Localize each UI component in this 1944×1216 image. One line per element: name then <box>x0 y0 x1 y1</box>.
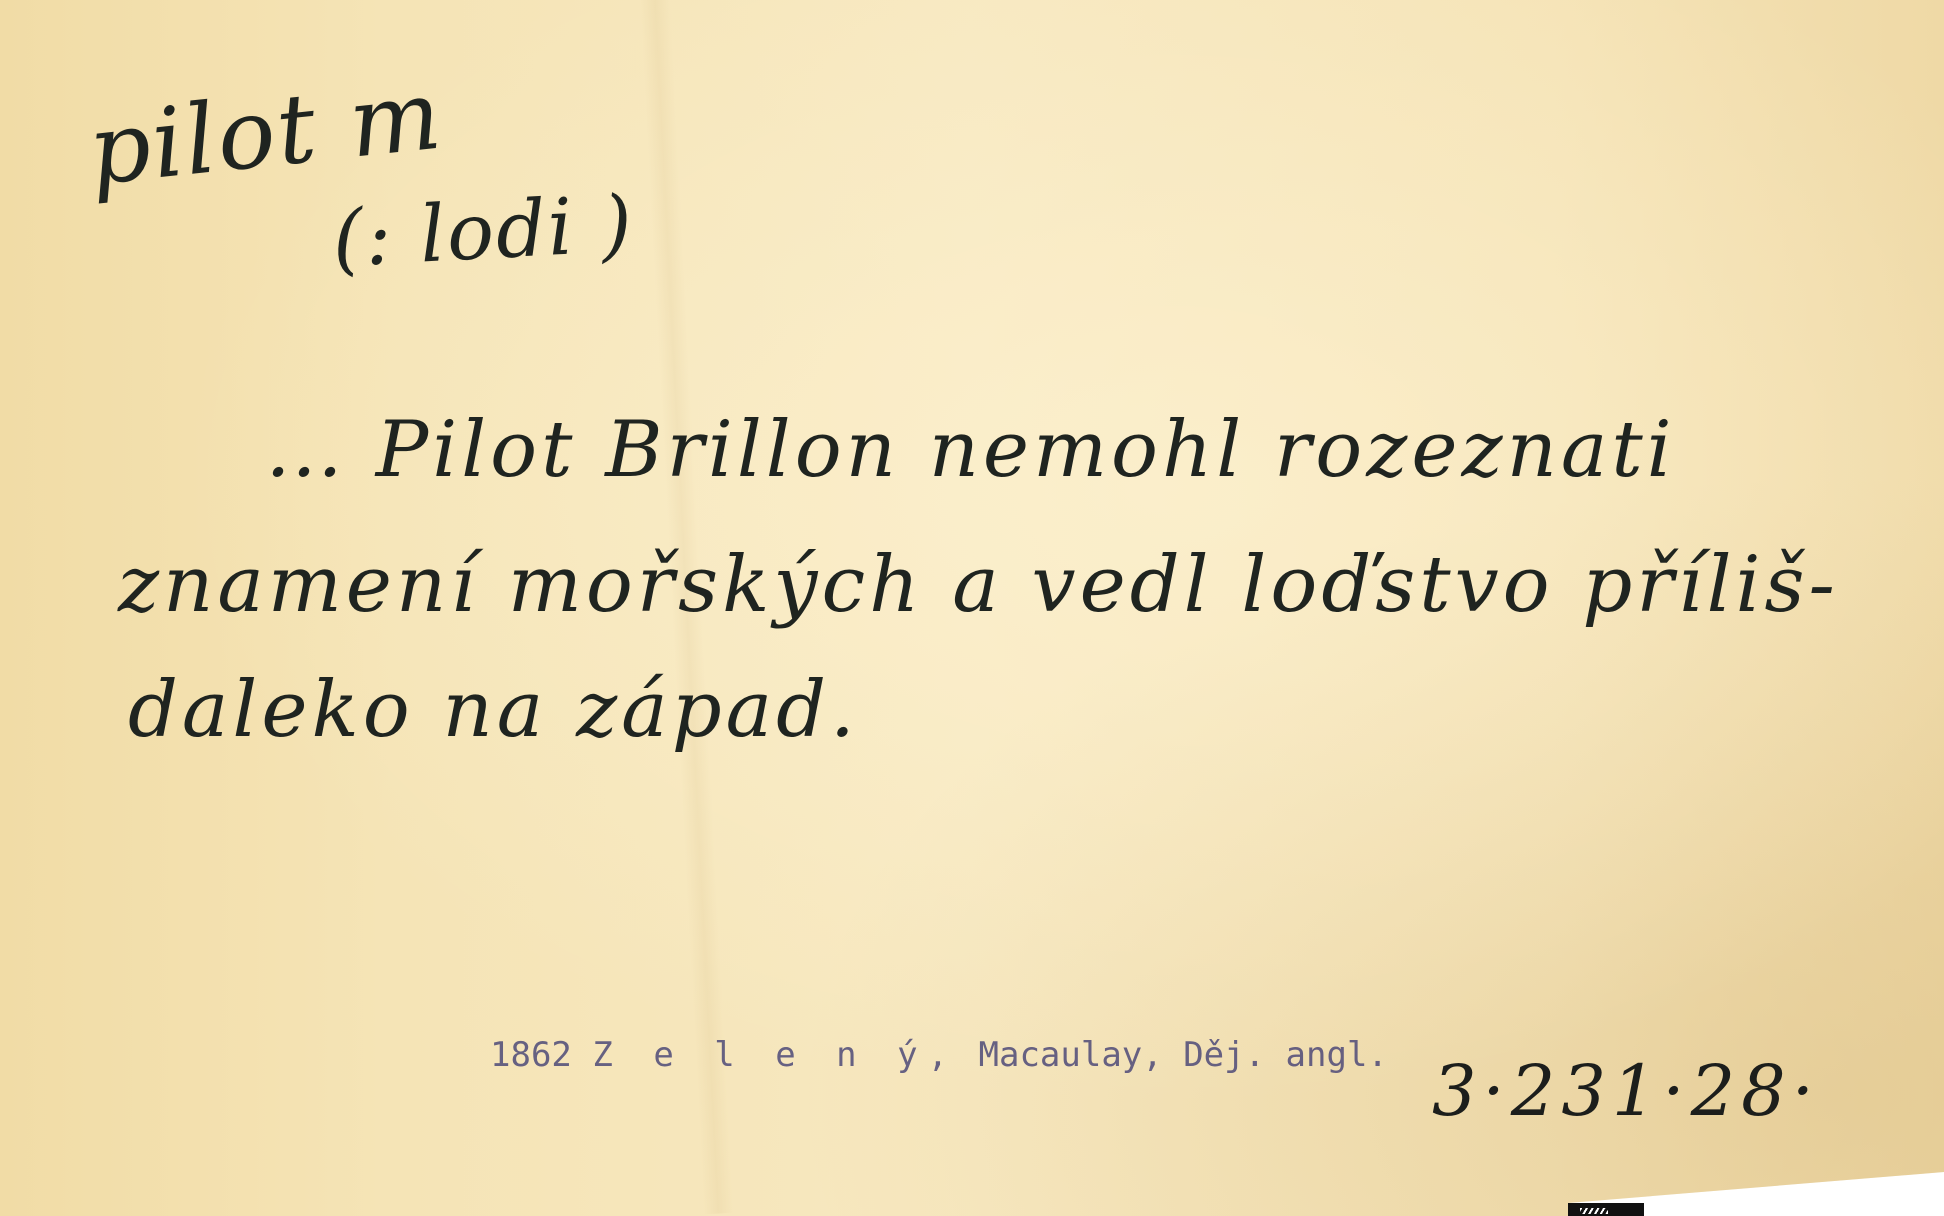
scanner-edge-hatch <box>1580 1208 1608 1214</box>
dictionary-index-card: pilot m (: lodi ) … Pilot Brillon nemohl… <box>0 0 1944 1216</box>
quote-line-2: znamení mořských a vedl loďstvo příliš- <box>118 540 1839 630</box>
source-title: Macaulay, Děj. angl. <box>979 1035 1388 1075</box>
headword-gloss: (: lodi ) <box>330 179 636 285</box>
headword: pilot m <box>83 59 448 207</box>
source-number: 1862 <box>490 1035 572 1075</box>
quote-line-1: … Pilot Brillon nemohl rozeznati <box>265 405 1676 495</box>
page-reference: 3·231·28· <box>1432 1050 1820 1132</box>
quote-line-3: daleko na západ. <box>128 665 859 755</box>
source-author: Z e l e n ý, <box>592 1035 958 1075</box>
source-stamp: 1862 Z e l e n ý, Macaulay, Děj. angl. <box>490 1035 1388 1075</box>
